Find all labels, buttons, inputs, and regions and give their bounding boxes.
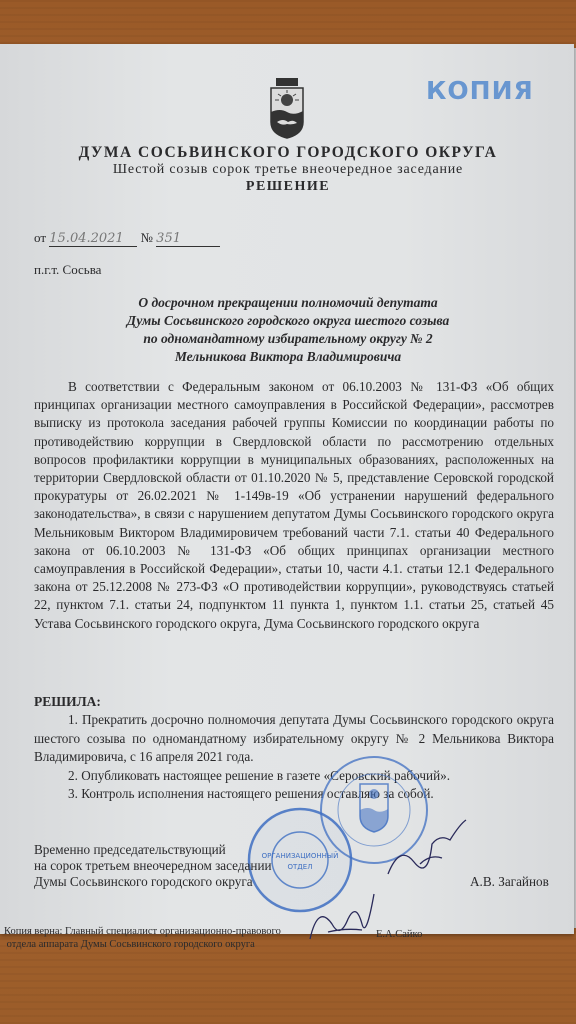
- preamble-text: В соответствии с Федеральным законом от …: [34, 378, 554, 633]
- title-line: Мельникова Виктора Владимировича: [0, 348, 576, 366]
- position-line: Временно председательствующий: [34, 842, 272, 858]
- position-line: на сорок третьем внеочередном заседании: [34, 858, 272, 874]
- certifier-name: Е.А.Сайко: [376, 929, 422, 940]
- resolution-item: 2. Опубликовать настоящее решение в газе…: [34, 767, 554, 786]
- position-line: Думы Сосьвинского городского округа: [34, 874, 272, 890]
- title-line: О досрочном прекращении полномочий депут…: [0, 294, 576, 312]
- signatory-name: А.В. Загайнов: [470, 874, 549, 890]
- title-line: по одномандатному избирательному округу …: [0, 330, 576, 348]
- place-of-issue: п.г.т. Сосьва: [34, 262, 101, 278]
- copy-stamp: КОПИЯ: [426, 76, 534, 105]
- handwritten-date: 15.04.2021: [49, 231, 137, 247]
- resolved-label: РЕШИЛА:: [34, 694, 101, 710]
- organization-name: ДУМА СОСЬВИНСКОГО ГОРОДСКОГО ОКРУГА: [0, 144, 576, 162]
- date-prefix: от: [34, 230, 46, 245]
- certification-line: Копия верна: Главный специалист организа…: [4, 925, 281, 938]
- svg-text:ОРГАНИЗАЦИОННЫЙ: ОРГАНИЗАЦИОННЫЙ: [262, 851, 339, 860]
- document-page: КОПИЯ ДУМА СОСЬВИНСКОГО ГОРОДСКОГО ОКРУГ…: [0, 44, 574, 934]
- copy-certification: Копия верна: Главный специалист организа…: [4, 925, 281, 951]
- resolution-title: О досрочном прекращении полномочий депут…: [0, 294, 576, 366]
- title-line: Думы Сосьвинского городского округа шест…: [0, 312, 576, 330]
- chairman-signature: [380, 814, 470, 884]
- signatory-position: Временно председательствующий на сорок т…: [34, 842, 272, 890]
- svg-text:ОТДЕЛ: ОТДЕЛ: [288, 863, 313, 871]
- coat-of-arms-icon: [268, 78, 306, 140]
- resolution-items: 1. Прекратить досрочно полномочия депута…: [34, 711, 554, 804]
- preamble: В соответствии с Федеральным законом от …: [34, 378, 554, 633]
- handwritten-number: 351: [156, 231, 220, 247]
- resolution-item: 3. Контроль исполнения настоящего решени…: [34, 785, 554, 804]
- specialist-signature: [300, 884, 380, 954]
- session-title: Шестой созыв сорок третье внеочередное з…: [0, 162, 576, 178]
- document-type: РЕШЕНИЕ: [0, 179, 576, 195]
- certification-line: отдела аппарата Думы Сосьвинского городс…: [4, 938, 281, 951]
- number-label: №: [141, 230, 153, 245]
- date-number-line: от 15.04.2021 № 351: [34, 230, 220, 247]
- resolution-item: 1. Прекратить досрочно полномочия депута…: [34, 711, 554, 767]
